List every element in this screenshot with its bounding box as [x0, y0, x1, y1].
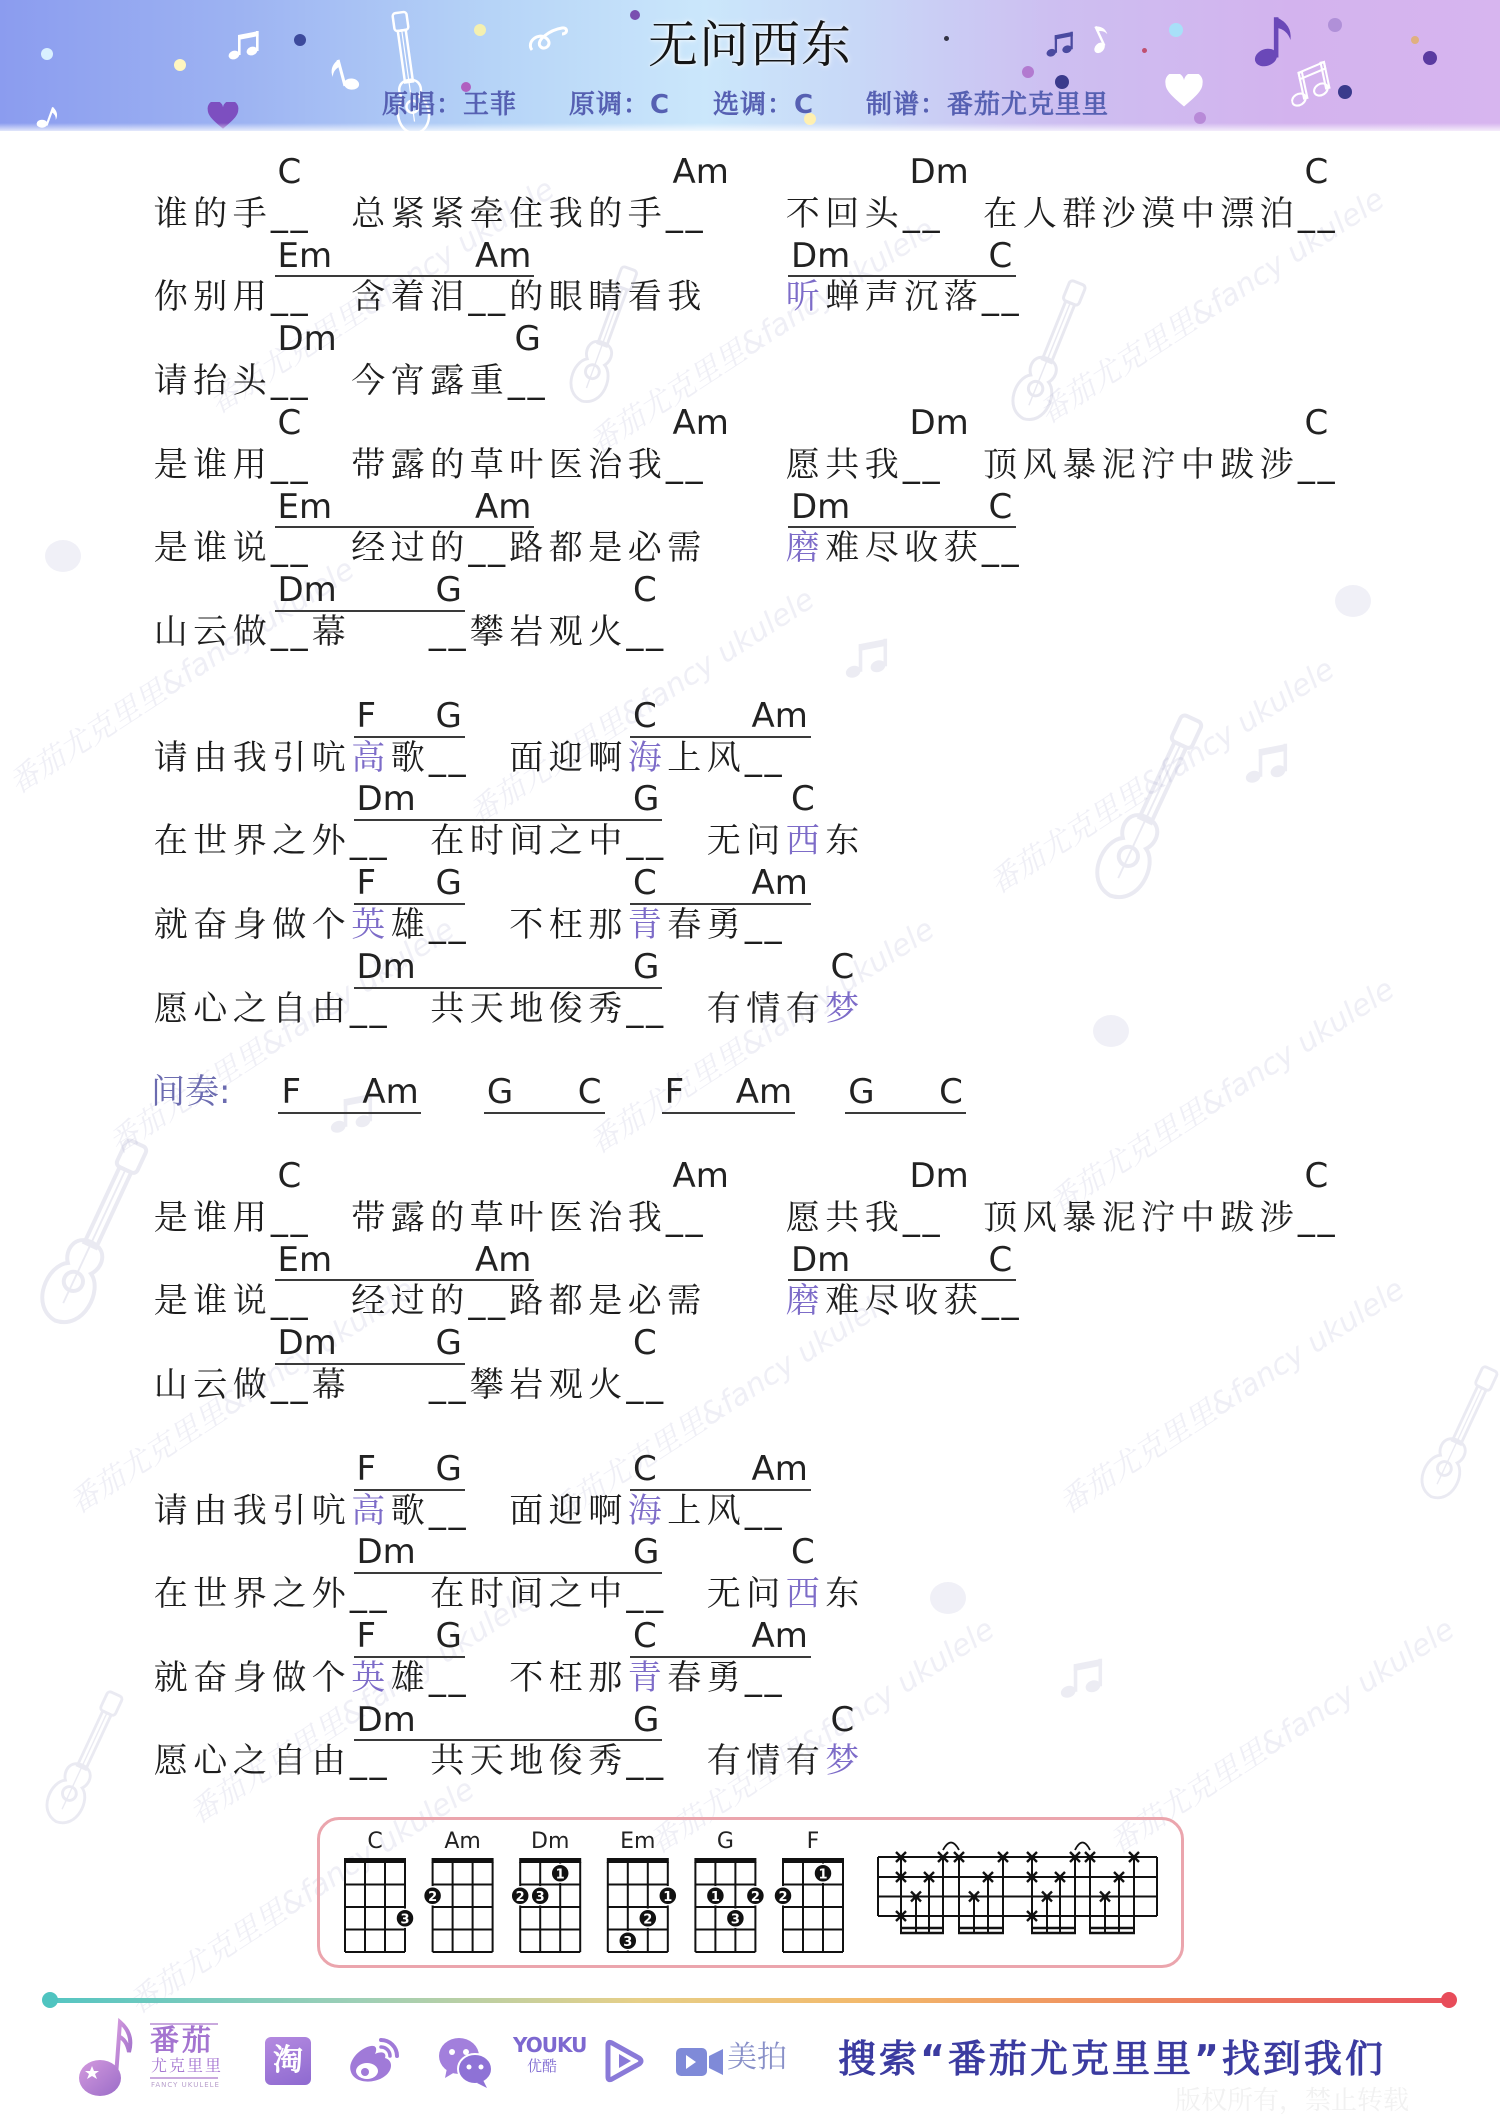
lyric-char: 路: [507, 528, 547, 570]
lyric-char: 谁: [191, 1281, 231, 1323]
lyric-char-highlight: 海: [625, 1491, 665, 1533]
lyric-char: 必: [625, 1281, 665, 1323]
lyric-char: 睛: [586, 277, 626, 319]
lyric-char: 的: [428, 445, 468, 487]
chord-underline: [354, 736, 465, 738]
heart-icon: [1165, 74, 1203, 108]
finger-number: 3: [536, 1890, 545, 1905]
chord-g: G: [633, 947, 659, 989]
lyric-char: 暴: [1060, 1198, 1100, 1240]
lyric-char: 获: [941, 528, 981, 570]
chord-am: Am: [475, 487, 531, 529]
decor-dot: [1338, 85, 1352, 99]
lyric-char: 过: [388, 528, 428, 570]
lyric-char: 地: [507, 1741, 547, 1783]
meta-value: C: [650, 90, 670, 120]
chord-am: Am: [752, 1616, 808, 1658]
lyric-char: 你: [151, 277, 191, 319]
lyric-char: 秀: [586, 1741, 626, 1783]
hold-mark: _: [684, 194, 704, 236]
chord-line: FGCAm: [151, 1616, 1471, 1658]
lyric-char: 头: [862, 194, 902, 236]
lyric-char: 回: [823, 194, 863, 236]
lyric-char: 时: [467, 1574, 507, 1616]
lyric-char: 尽: [862, 1281, 902, 1323]
lyric-char: 沉: [902, 277, 942, 319]
lyric-char: 谁: [191, 528, 231, 570]
chord-dm: Dm: [791, 1240, 850, 1282]
chord-diagram-c: C3: [344, 1829, 414, 1952]
lyric-space: [704, 277, 744, 319]
lyric-char: 岩: [507, 612, 547, 654]
lyric-line: 就奋身做个英雄__ 不枉那青春勇__: [151, 1658, 1471, 1700]
lyric-char: 的: [428, 1281, 468, 1323]
lyric-char: 做: [270, 1658, 310, 1700]
hold-mark: _: [428, 1365, 448, 1407]
lyric-char: 沙: [1099, 194, 1139, 236]
lyric-char: 漠: [1139, 194, 1179, 236]
chord-underline: [630, 736, 811, 738]
chord-diagram-g: G123: [694, 1829, 764, 1952]
section-verse-1: CAmDmC谁的手__ 总紧紧牵住我的手__ 不回头__ 在人群沙漠中漂泊__E…: [151, 152, 1471, 654]
lyric-space: [665, 1574, 705, 1616]
interlude-line: 间奏:FAmGCFAmGC: [151, 1072, 1471, 1114]
hold-mark: _: [1000, 528, 1020, 570]
chord-dm: Dm: [278, 319, 337, 361]
chord-dm: Dm: [278, 1323, 337, 1365]
chord-c: C: [831, 1700, 855, 1742]
lyric-space: [388, 989, 428, 1031]
lyric-char-highlight: 听: [783, 277, 823, 319]
lyric-char: 是: [151, 1198, 191, 1240]
meta-label: 原调：: [569, 90, 650, 120]
hold-mark: _: [447, 905, 467, 947]
lyric-char: 请: [151, 738, 191, 780]
tencent-video-icon[interactable]: [601, 2038, 647, 2084]
lyric-space: [388, 1741, 428, 1783]
lyric-char: 叶: [507, 445, 547, 487]
chord-underline: [275, 526, 534, 528]
lyric-char: 谁: [191, 1198, 231, 1240]
hold-mark: _: [665, 194, 685, 236]
lyric-char: 头: [230, 361, 270, 403]
lyric-char: 有: [783, 1741, 823, 1783]
hold-mark: _: [645, 612, 665, 654]
lyric-char: 用: [230, 277, 270, 319]
lyric-char-highlight: 青: [625, 1658, 665, 1700]
chord-nut: [344, 1858, 406, 1863]
lyric-space: [704, 1198, 744, 1240]
lyric-line: 就奋身做个英雄__ 不枉那青春勇__: [151, 905, 1471, 947]
lyric-space: [309, 1281, 349, 1323]
chord-g: G: [436, 1323, 462, 1365]
lyric-char: 都: [546, 1281, 586, 1323]
chord-diagram-dm: Dm123: [511, 1829, 581, 1952]
finger-number: 2: [643, 1912, 652, 1927]
chord-nut: [432, 1858, 494, 1863]
chord-c: C: [989, 1240, 1013, 1282]
meipai-icon[interactable]: [676, 2046, 724, 2078]
finger-number: 1: [556, 1867, 565, 1882]
lyric-char: 间: [507, 1574, 547, 1616]
chord-f: F: [357, 1616, 377, 1658]
chord-underline: [630, 903, 811, 905]
lyric-space: [467, 905, 507, 947]
chord-g: G: [633, 779, 659, 821]
chord-underline: [845, 1112, 966, 1114]
lyric-space: [704, 194, 744, 236]
finger-number: 2: [428, 1890, 437, 1905]
lyric-char: 我: [546, 194, 586, 236]
lyric-char: 之: [546, 1574, 586, 1616]
search-us-text: 搜索“番茄尤克里里”找到我们: [838, 2036, 1386, 2082]
lyric-char: 涉: [1257, 445, 1297, 487]
chord-am: Am: [752, 696, 808, 738]
lyric-char: 吭: [309, 1491, 349, 1533]
chord-g: G: [436, 570, 462, 612]
lyric-char: 迎: [546, 738, 586, 780]
hold-mark: _: [645, 989, 665, 1031]
finger-number: 1: [663, 1890, 672, 1905]
lyric-char: 是: [151, 1281, 191, 1323]
lyric-line: 山云做__幕 __攀岩观火__: [151, 612, 1471, 654]
lyric-line: 愿心之自由__ 共天地俊秀__ 有情有梦: [151, 1741, 1471, 1783]
footer-divider-start-dot: [42, 1992, 58, 2008]
lyric-char: 攀: [467, 1365, 507, 1407]
chord-c: C: [939, 1072, 963, 1114]
hold-mark: _: [487, 1281, 507, 1323]
lyric-char: 的: [191, 194, 231, 236]
lyric-char: 世: [191, 1574, 231, 1616]
chord-c: C: [633, 863, 657, 905]
chord-diagrams: C3Am2Dm123Em123G123F12: [317, 1817, 1184, 1968]
lyric-char: 草: [467, 445, 507, 487]
chord-c: C: [278, 403, 302, 445]
lyric-char: 愿: [151, 1741, 191, 1783]
hold-mark: _: [349, 821, 369, 863]
chord-underline: [275, 610, 465, 612]
lyric-char: 谁: [151, 194, 191, 236]
lyric-char: 那: [586, 905, 626, 947]
logo-rule: [150, 2077, 218, 2079]
lyric-char: 总: [349, 194, 389, 236]
lyric-char: 火: [586, 1365, 626, 1407]
chord-line: DmGC: [151, 1323, 1471, 1365]
lyric-char: 情: [744, 989, 784, 1031]
lyric-space: [744, 194, 784, 236]
hold-mark: _: [467, 528, 487, 570]
chord-line: FGCAm: [151, 1449, 1471, 1491]
chord-underline: [275, 275, 534, 277]
lyric-char: 紧: [388, 194, 428, 236]
lyric-char: 手: [230, 194, 270, 236]
lyric-char: 风: [704, 1491, 744, 1533]
hold-mark: _: [763, 905, 783, 947]
meta-value: C: [794, 90, 814, 120]
lyric-char: 收: [902, 1281, 942, 1323]
chord-c: C: [1305, 152, 1329, 194]
hold-mark: _: [744, 905, 764, 947]
hold-mark: _: [763, 1658, 783, 1700]
watermark-tomato-icon: [45, 540, 81, 572]
lyric-char: 雄: [388, 1658, 428, 1700]
meipai-label[interactable]: 美拍: [727, 2038, 787, 2078]
hold-mark: _: [981, 277, 1001, 319]
lyric-char: 做: [230, 612, 270, 654]
chord-c: C: [278, 1156, 302, 1198]
lyric-char: 情: [744, 1741, 784, 1783]
lyric-line: 请抬头__ 今宵露重__: [151, 361, 1471, 403]
lyric-char: 紧: [428, 194, 468, 236]
lyric-char: 在: [428, 1574, 468, 1616]
chord-line: CAmDmC: [151, 403, 1471, 445]
youku-logo-cn[interactable]: 优酷: [527, 2057, 557, 2075]
lyric-space: [665, 821, 705, 863]
lyric-line: 在世界之外__ 在时间之中__ 无问西东: [151, 1574, 1471, 1616]
hold-mark: _: [1000, 277, 1020, 319]
music-note-icon: [34, 100, 62, 131]
lyric-line: 谁的手__ 总紧紧牵住我的手__ 不回头__ 在人群沙漠中漂泊__: [151, 194, 1471, 236]
lyric-char: 涉: [1257, 1198, 1297, 1240]
chord-c: C: [1305, 403, 1329, 445]
lyric-char: 别: [191, 277, 231, 319]
lyric-char: 我: [625, 445, 665, 487]
lyric-char-highlight: 磨: [783, 528, 823, 570]
hold-mark: _: [447, 612, 467, 654]
lyric-char: 泊: [1257, 194, 1297, 236]
hold-mark: _: [763, 738, 783, 780]
chord-am: Am: [752, 863, 808, 905]
chord-c: C: [791, 1532, 815, 1574]
chord-line: CAmDmC: [151, 1156, 1471, 1198]
hold-mark: _: [368, 989, 388, 1031]
finger-number: 2: [751, 1890, 760, 1905]
hold-mark: _: [270, 1365, 290, 1407]
lyric-char: 泥: [1099, 445, 1139, 487]
chord-em: Em: [278, 236, 333, 278]
chord-g: G: [436, 863, 462, 905]
lyric-char: 春: [665, 905, 705, 947]
lyric-char: 啊: [586, 738, 626, 780]
lyric-char: 自: [270, 989, 310, 1031]
lyric-char: 共: [823, 1198, 863, 1240]
chord-am: Am: [475, 236, 531, 278]
hold-mark: _: [665, 445, 685, 487]
song-title: 无问西东: [0, 16, 1500, 74]
lyric-char-highlight: 海: [625, 738, 665, 780]
hold-mark: _: [270, 277, 290, 319]
chord-c: C: [1305, 1156, 1329, 1198]
hold-mark: _: [645, 1741, 665, 1783]
lyric-line: 山云做__幕 __攀岩观火__: [151, 1365, 1471, 1407]
lyric-char: 在: [151, 821, 191, 863]
lyric-char: 跋: [1218, 445, 1258, 487]
lyric-char: 自: [270, 1741, 310, 1783]
lyric-char: 含: [349, 277, 389, 319]
lyric-space: [467, 1491, 507, 1533]
lyric-char: 观: [546, 1365, 586, 1407]
chord-line: DmGC: [151, 1700, 1471, 1742]
tie-arc: [943, 1843, 959, 1851]
lyric-space: [349, 1365, 389, 1407]
lyric-space: [941, 194, 981, 236]
hold-mark: _: [270, 528, 290, 570]
lyric-line: 是谁说__ 经过的__路都是必需 磨难尽收获__: [151, 528, 1471, 570]
lyric-char: 请: [151, 361, 191, 403]
lyric-char: 引: [270, 738, 310, 780]
lyric-char: 是: [151, 528, 191, 570]
hold-mark: _: [270, 1198, 290, 1240]
lyric-char: 云: [191, 1365, 231, 1407]
lyric-char: 界: [230, 1574, 270, 1616]
lyric-char: 需: [665, 1281, 705, 1323]
hold-mark: _: [467, 1281, 487, 1323]
brand-logo-subtitle: 尤克里里: [151, 2057, 223, 2075]
lyric-char: 身: [230, 905, 270, 947]
footer-divider: [50, 1998, 1449, 2003]
lyric-char: 治: [586, 445, 626, 487]
weibo-icon[interactable]: [345, 2034, 401, 2088]
lyric-line: 是谁用__ 带露的草叶医治我__ 愿共我__ 顶风暴泥泞中跋涉__: [151, 1198, 1471, 1240]
lyric-char: 之: [546, 821, 586, 863]
lyric-char: 枉: [546, 1658, 586, 1700]
lyric-char: 攀: [467, 612, 507, 654]
lyric-char: 泪: [428, 277, 468, 319]
lyric-char-highlight: 梦: [823, 989, 863, 1031]
youku-logo[interactable]: YOUKU: [513, 2033, 586, 2057]
lyric-line: 你别用__ 含着泪__的眼睛看我 听蝉声沉落__: [151, 277, 1471, 319]
chord-g: G: [436, 1449, 462, 1491]
chord-diagram-name: Dm: [531, 1829, 569, 1854]
chord-underline: [275, 1363, 465, 1365]
lyric-char: 今: [349, 361, 389, 403]
hold-mark: _: [744, 1658, 764, 1700]
hold-mark: _: [447, 1491, 467, 1533]
hold-mark: _: [428, 612, 448, 654]
lyric-char: 地: [507, 989, 547, 1031]
chord-g: G: [487, 1072, 513, 1114]
taobao-icon[interactable]: 淘: [265, 2037, 311, 2085]
lyric-char: 不: [507, 1658, 547, 1700]
lyric-space: [388, 1574, 428, 1616]
lyric-char: 引: [270, 1491, 310, 1533]
meta-value: 王菲: [463, 90, 517, 120]
hold-mark: _: [526, 361, 546, 403]
lyric-char: 暴: [1060, 445, 1100, 487]
lyric-space: [309, 277, 349, 319]
lyric-char: 我: [862, 1198, 902, 1240]
copyright-notice: 版权所有，禁止转载: [1175, 2086, 1409, 2116]
lyric-char: 的: [428, 528, 468, 570]
chord-underline: [788, 526, 1016, 528]
lyric-char: 带: [349, 445, 389, 487]
lyric-char: 俊: [546, 1741, 586, 1783]
chord-g: G: [436, 696, 462, 738]
hold-mark: _: [467, 277, 487, 319]
lyric-char: 个: [309, 905, 349, 947]
hold-mark: _: [902, 194, 922, 236]
lyric-char: 医: [546, 445, 586, 487]
chord-chart-box: C3Am2Dm123Em123G123F12: [317, 1817, 1184, 1968]
chord-f: F: [357, 863, 377, 905]
chord-am: Am: [752, 1449, 808, 1491]
lyric-char: 有: [704, 989, 744, 1031]
hold-mark: _: [684, 445, 704, 487]
lyric-char: 是: [586, 1281, 626, 1323]
hold-mark: _: [368, 821, 388, 863]
lyric-char: 上: [665, 738, 705, 780]
chord-underline: [278, 1112, 421, 1114]
brand-logo-title: 番茄: [150, 2024, 214, 2056]
chord-line: DmGC: [151, 779, 1471, 821]
lyric-char-highlight: 高: [349, 738, 389, 780]
lyric-char: 群: [1060, 194, 1100, 236]
lyric-char: 用: [230, 445, 270, 487]
lyric-space: [388, 1365, 428, 1407]
chord-am: Am: [673, 403, 729, 445]
chord-line: DmGC: [151, 1532, 1471, 1574]
lyric-char: 我: [862, 445, 902, 487]
interlude-label: 间奏:: [151, 1072, 230, 1114]
chord-dm: Dm: [357, 1532, 416, 1574]
lyric-char: 心: [191, 989, 231, 1031]
chord-dm: Dm: [910, 403, 969, 445]
chord-underline: [630, 1489, 811, 1491]
lyric-char: 奋: [191, 905, 231, 947]
lyric-char: 人: [1020, 194, 1060, 236]
watermark-guitar-icon: [26, 1679, 144, 1840]
chord-c: C: [633, 1616, 657, 1658]
lyric-space: [744, 1281, 784, 1323]
lyric-char: 中: [1178, 194, 1218, 236]
lyric-char: 我: [230, 1491, 270, 1533]
chord-underline: [484, 1112, 605, 1114]
hold-mark: _: [289, 1365, 309, 1407]
finger-number: 3: [400, 1912, 409, 1927]
hold-mark: _: [289, 1198, 309, 1240]
lyric-char-highlight: 西: [783, 821, 823, 863]
lyric-char: 中: [1178, 445, 1218, 487]
lyric-space: [309, 1198, 349, 1240]
lyric-char: 无: [704, 821, 744, 863]
lyric-char: 共: [428, 1741, 468, 1783]
hold-mark: _: [428, 1658, 448, 1700]
chord-underline: [354, 987, 662, 989]
lyric-char: 的: [507, 277, 547, 319]
lyric-char: 过: [388, 1281, 428, 1323]
chord-dm: Dm: [278, 570, 337, 612]
lyric-char: 由: [309, 989, 349, 1031]
lyric-char: 愿: [783, 445, 823, 487]
hold-mark: _: [270, 194, 290, 236]
chord-c: C: [831, 947, 855, 989]
lyric-char: 观: [546, 612, 586, 654]
lyric-space: [309, 445, 349, 487]
wechat-icon[interactable]: [437, 2034, 495, 2090]
hold-mark: _: [289, 612, 309, 654]
hold-mark: _: [645, 821, 665, 863]
lyric-space: [388, 821, 428, 863]
lyric-space: [744, 277, 784, 319]
meta-chosen-key: 选调：C: [713, 90, 814, 120]
lyric-char: 都: [546, 528, 586, 570]
lyric-char-highlight: 高: [349, 1491, 389, 1533]
lyric-char: 蝉: [823, 277, 863, 319]
hold-mark: _: [428, 1491, 448, 1533]
meta-arranger: 制谱：番茄尤克里里: [866, 90, 1109, 120]
lyric-space: [941, 445, 981, 487]
meta-original-singer: 原唱：王菲: [382, 90, 517, 120]
